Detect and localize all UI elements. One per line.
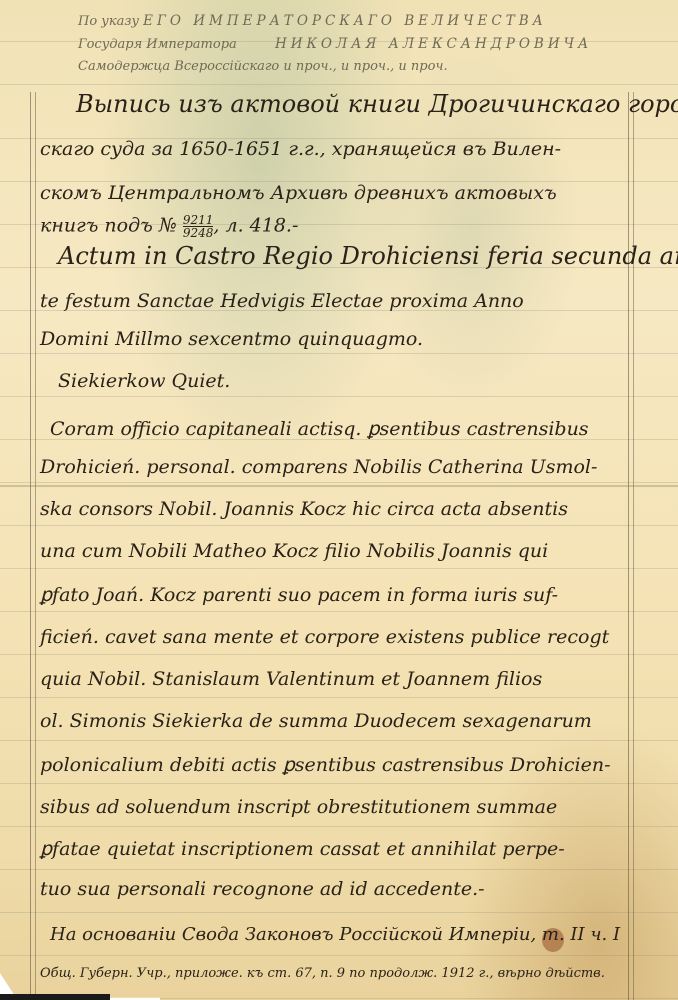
document-page: По указу ЕГО ИМПЕРАТОРСКАГО ВЕЛИЧЕСТВА Г… <box>0 0 678 1000</box>
latin-body-line: ꝑfato Joań. Kocz parenti suo pacem in fo… <box>40 584 558 606</box>
russian-intro-line-2: скаго суда за 1650-1651 г.г., хранящейся… <box>40 138 561 160</box>
latin-body-line: quia Nobil. Stanislaum Valentinum et Joa… <box>40 668 542 690</box>
header-text: По указу <box>78 14 139 29</box>
latin-body-line: ska consors Nobil. Joannis Kocz hic circ… <box>40 498 568 520</box>
header-caps: НИКОЛАЯ АЛЕКСАНДРОВИЧА <box>275 36 592 52</box>
latin-body-line: tuo sua personali recognone ad id accede… <box>40 878 485 900</box>
header-caps: ЕГО ИМПЕРАТОРСКАГО ВЕЛИЧЕСТВА <box>143 13 547 29</box>
printed-header: По указу ЕГО ИМПЕРАТОРСКАГО ВЕЛИЧЕСТВА Г… <box>78 10 658 78</box>
russian-footer-line-2: Общ. Губерн. Учр., приложе. къ ст. 67, п… <box>40 966 605 981</box>
header-line-2: Государя Императора НИКОЛАЯ АЛЕКСАНДРОВИ… <box>78 33 658 56</box>
latin-heading-line-2: te festum Sanctae Hedvigis Electae proxi… <box>40 290 524 312</box>
header-text: Государя Императора <box>78 37 237 52</box>
archive-ref-denominator: 9248 <box>183 227 214 239</box>
archive-ref-prefix: книгъ подъ № <box>40 215 177 237</box>
left-margin-rule <box>30 92 36 1000</box>
latin-heading-line-3: Domini Millmo sexcentmo quinquagmo. <box>40 328 423 350</box>
russian-intro-line-3: скомъ Центральномъ Архивѣ древнихъ актов… <box>40 182 557 204</box>
archive-ref-fraction: 9211 9248 <box>183 214 214 239</box>
russian-intro-line-1: Выпись изъ актовой книги Дрогичинскаго г… <box>76 90 678 118</box>
latin-body-line: ol. Simonis Siekierka de summa Duodecem … <box>40 710 592 732</box>
russian-intro-line-4: книгъ подъ № 9211 9248 , л. 418.- <box>40 214 298 239</box>
latin-body-line: sibus ad soluendum inscript obrestitutio… <box>40 796 557 818</box>
paper-fold-line <box>0 485 678 487</box>
latin-body-line: ꝑfatae quietat inscriptionem cassat et a… <box>40 838 565 860</box>
latin-body-line: Drohicień. personal. comparens Nobilis C… <box>40 456 597 478</box>
russian-footer-line-1: На основаніи Свода Законовъ Россійской И… <box>50 924 620 945</box>
latin-body-line: Coram officio capitaneali actisq. ꝑsenti… <box>50 418 589 440</box>
corner-shadow <box>0 994 110 1000</box>
header-line-3: Самодержца Всероссійскаго и проч., и про… <box>78 56 658 78</box>
archive-ref-suffix: , л. 418.- <box>213 215 298 237</box>
right-margin-rule <box>628 92 634 1000</box>
subject-line: Siekierkow Quiet. <box>58 370 230 392</box>
header-line-1: По указу ЕГО ИМПЕРАТОРСКАГО ВЕЛИЧЕСТВА <box>78 10 658 33</box>
latin-body-line: una cum Nobili Matheo Kocz filio Nobilis… <box>40 540 548 562</box>
latin-heading-line-1: Actum in Castro Regio Drohiciensi feria … <box>58 242 678 270</box>
latin-body-line: ficień. cavet sana mente et corpore exis… <box>40 626 609 648</box>
latin-body-line: polonicalium debiti actis ꝑsentibus cast… <box>40 754 611 776</box>
